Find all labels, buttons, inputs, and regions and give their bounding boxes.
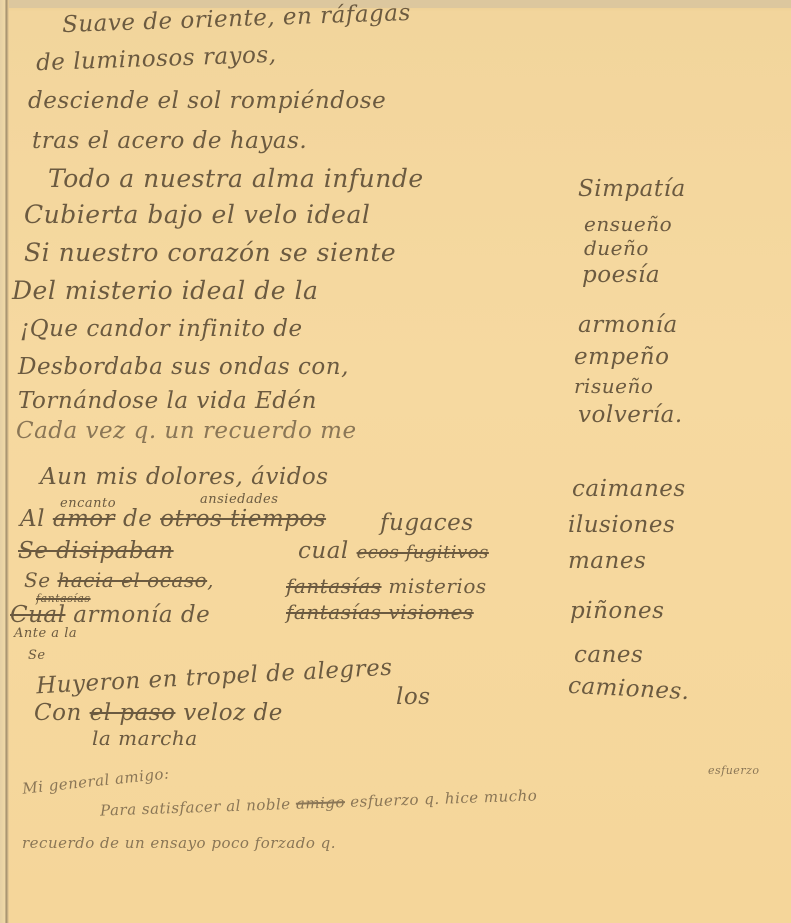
note-insert-esfuerzo: esfuerzo xyxy=(708,764,760,777)
comma: , xyxy=(207,568,214,592)
stanza4-line5-insertions: fantasías misterios xyxy=(286,574,487,598)
stanza4-line2: Al amor de otros tiempos xyxy=(20,506,326,532)
stanza4-insert-los: los xyxy=(396,684,431,710)
word-veloz-de: veloz de xyxy=(183,700,283,726)
stanza4-insert-se: Se xyxy=(28,648,46,663)
manuscript-page: Suave de oriente, en ráfagas de luminoso… xyxy=(0,0,791,923)
rhyme-word: canes xyxy=(574,642,643,668)
rhyme-word: ensueño xyxy=(584,212,672,236)
rhyme-word: camiones. xyxy=(567,673,690,705)
struck-amor: amor xyxy=(53,506,115,532)
stanza4-line5: Cual armonía de xyxy=(10,602,210,628)
stanza4-line3: Se disipaban xyxy=(18,538,174,564)
stanza2-line4: Del misterio ideal de la xyxy=(12,276,318,305)
rhyme-word: volvería. xyxy=(578,402,683,428)
stanza4-line6: Huyeron en tropel de alegres xyxy=(36,655,394,700)
stanza2-line3: Si nuestro corazón se siente xyxy=(24,238,396,267)
struck-hacia-el-ocaso: hacia el ocaso xyxy=(57,568,207,592)
stanza3-line3: Tornándose la vida Edén xyxy=(18,388,317,414)
stanza1-line3: desciende el sol rompiéndose xyxy=(28,88,386,114)
note-text: esfuerzo q. hice mucho xyxy=(350,786,538,811)
stanza4-insert-fugaces: fugaces xyxy=(380,510,474,536)
struck-fantasias-visiones: fantasías visiones xyxy=(286,600,474,624)
word-se: Se xyxy=(24,568,51,592)
struck-el-paso: el paso xyxy=(90,700,176,726)
stanza4-line5-under: Ante a la xyxy=(14,626,77,641)
rhyme-word: caimanes xyxy=(572,476,686,502)
stanza4-line1: Aun mis dolores, ávidos xyxy=(40,464,329,490)
word-misterios: misterios xyxy=(388,574,486,598)
struck-fantasias: fantasías xyxy=(286,574,382,598)
rhyme-word: risueño xyxy=(574,374,653,398)
note-line2: recuerdo de un ensayo poco forzado q. xyxy=(22,834,336,852)
rhyme-word: poesía xyxy=(582,262,660,288)
struck-ecos-fugitivos: ecos fugitivos xyxy=(357,542,489,563)
stanza1-line2: de luminosos rayos, xyxy=(36,42,277,76)
stanza3-line1: ¡Que candor infinito de xyxy=(20,316,303,342)
stanza2-line1: Todo a nuestra alma infunde xyxy=(48,164,424,193)
word-cual: cual xyxy=(298,538,349,564)
stanza3-line2: Desbordaba sus ondas con, xyxy=(18,354,349,380)
struck-otros-tiempos: otros tiempos xyxy=(160,506,326,532)
stanza4-line4: Se hacia el ocaso, xyxy=(24,568,214,592)
note-greeting: Mi general amigo: xyxy=(21,764,170,797)
stanza4-line7: Con el paso veloz de xyxy=(34,700,283,726)
stanza4-line8: la marcha xyxy=(92,726,198,750)
struck-cual: Cual xyxy=(10,602,65,628)
word-con: Con xyxy=(34,700,82,726)
note-struck-amigo: amigo xyxy=(296,793,346,813)
stanza4-line3-cual: cual ecos fugitivos xyxy=(298,538,489,564)
rhyme-word: empeño xyxy=(574,344,669,370)
paper-left-fold xyxy=(0,0,9,923)
rhyme-word: dueño xyxy=(584,236,649,260)
stanza4-insert-ansiedades: ansiedades xyxy=(200,492,278,507)
rhyme-word: manes xyxy=(568,548,646,574)
stanza2-line2: Cubierta bajo el velo ideal xyxy=(24,200,370,229)
note-text: Para satisfacer al noble xyxy=(100,795,291,820)
stanza3-line4: Cada vez q. un recuerdo me xyxy=(16,418,357,444)
word-de: de xyxy=(123,506,152,532)
rhyme-word: ilusiones xyxy=(568,512,675,538)
rhyme-word: Simpatía xyxy=(578,176,686,202)
rhyme-word: armonía xyxy=(578,312,678,338)
stanza1-line4: tras el acero de hayas. xyxy=(32,128,307,154)
word-al: Al xyxy=(20,506,45,532)
rhyme-word: piñones xyxy=(570,598,664,624)
struck-se-disipaban: Se disipaban xyxy=(18,538,174,564)
note-line1: Para satisfacer al noble amigo esfuerzo … xyxy=(100,786,538,819)
word-armonia-de: armonía de xyxy=(73,602,210,628)
